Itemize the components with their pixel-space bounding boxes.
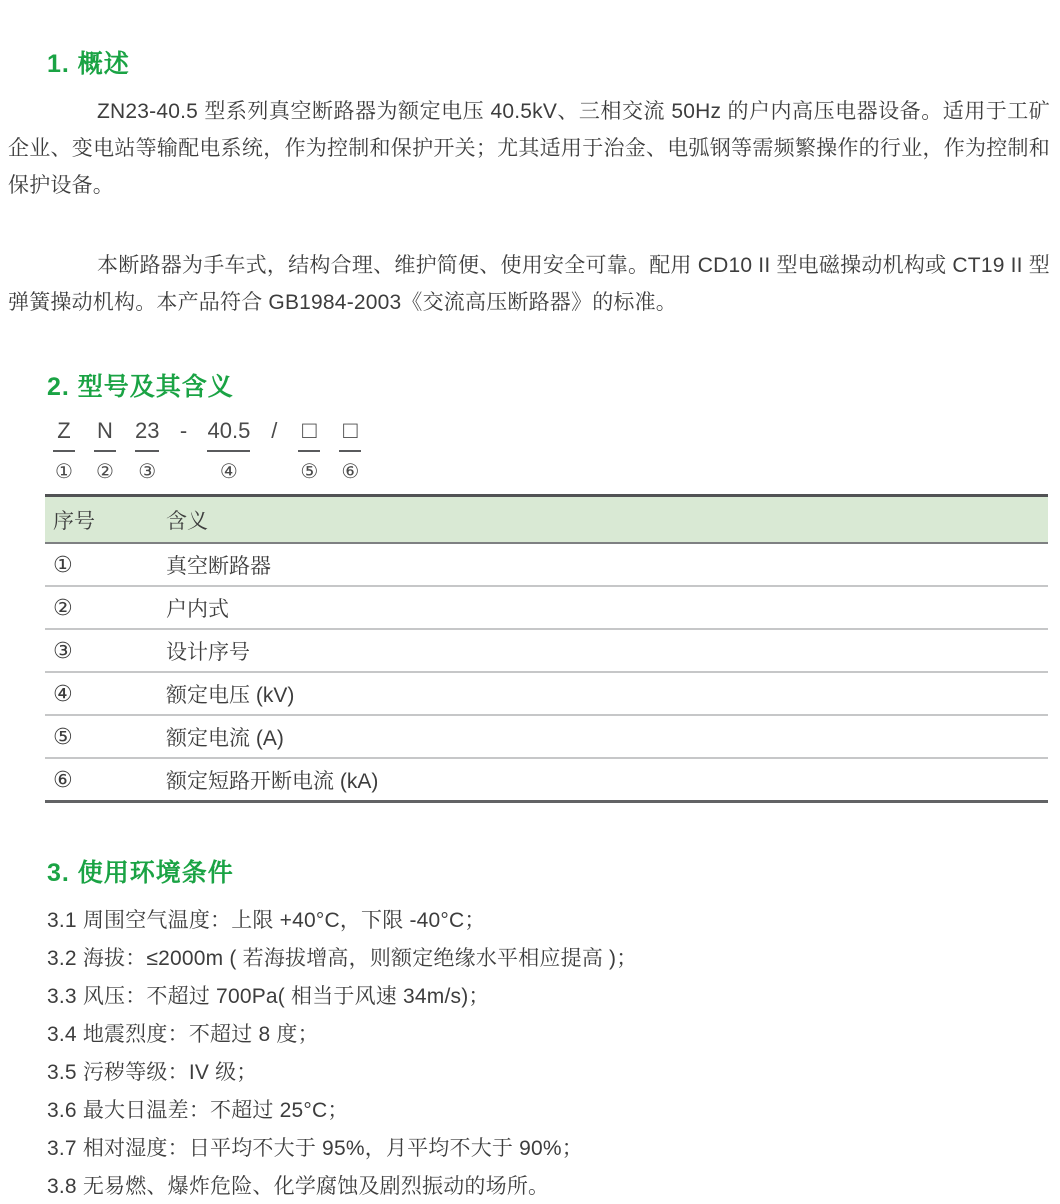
model-designation-part: - [178,417,188,461]
section1-paragraph-2: 本断路器为手车式，结构合理、维护简便、使用安全可靠。配用 CD10 II 型电磁… [8,247,1050,321]
environment-condition-item: 3.2 海拔：≤2000m ( 若海拔增高，则额定绝缘水平相应提高 )； [47,940,1060,978]
model-part-underline [298,450,320,452]
table-row: ② 户内式 [45,586,1048,629]
row-meaning-text: 设计序号 [166,629,1048,672]
model-part-circled-number: ② [96,461,114,483]
column-header-number: 序号 [45,496,166,544]
table-row: ④ 额定电压 (kV) [45,672,1048,715]
row-circled-number: ⑤ [45,715,166,758]
model-part-symbol: 23 [135,417,159,445]
table-body: ① 真空断路器 ② 户内式 ③ 设计序号 ④ 额定电压 (kV) [45,543,1048,802]
model-part-symbol: 40.5 [207,417,250,445]
section2-heading: 2. 型号及其含义 [47,371,1060,403]
environment-condition-item: 3.5 污秽等级：IV 级； [47,1054,1060,1092]
environment-condition-item: 3.3 风压：不超过 700Pa( 相当于风速 34m/s)； [47,978,1060,1016]
environment-condition-item: 3.8 无易燃、爆炸危险、化学腐蚀及剧烈振动的场所。 [47,1168,1060,1204]
row-meaning-text: 额定电压 (kV) [166,672,1048,715]
environment-conditions-list: 3.1 周围空气温度：上限 +40°C，下限 -40°C； 3.2 海拔：≤20… [47,902,1060,1204]
model-part-symbol: □ [343,417,358,445]
model-part-symbol: - [180,417,187,445]
environment-condition-item: 3.4 地震烈度：不超过 8 度； [47,1016,1060,1054]
model-part-circled-number: ⑥ [341,461,359,483]
model-part-circled-number: ⑤ [300,461,318,483]
model-part-circled-number: ③ [138,461,156,483]
section1-heading: 1. 概述 [47,48,1060,80]
row-circled-number: ④ [45,672,166,715]
model-designation-part: N ② [94,417,116,483]
model-designation-part: Z ① [53,417,75,483]
table-row: ⑤ 额定电流 (A) [45,715,1048,758]
model-designation-part: □ ⑤ [298,417,320,483]
model-part-circled-number: ① [55,461,73,483]
model-part-underline [339,450,361,452]
document-page: 1. 概述 ZN23-40.5 型系列真空断路器为额定电压 40.5kV、三相交… [0,0,1060,1204]
model-part-symbol: N [97,417,113,445]
row-circled-number: ① [45,543,166,586]
section1-paragraph-1: ZN23-40.5 型系列真空断路器为额定电压 40.5kV、三相交流 50Hz… [8,93,1050,204]
model-part-underline [135,450,159,452]
model-part-underline [53,450,75,452]
model-designation-part: / [269,417,279,461]
row-circled-number: ② [45,586,166,629]
environment-condition-item: 3.7 相对湿度：日平均不大于 95%，月平均不大于 90%； [47,1130,1060,1168]
model-part-symbol: □ [302,417,317,445]
model-part-symbol: / [271,417,277,445]
model-designation-diagram: Z ① N ② 23 ③ - 40.5 [53,417,1060,483]
model-designation-part: 40.5 ④ [207,417,250,483]
model-part-circled-number: ④ [220,461,238,483]
model-meaning-table: 序号 含义 ① 真空断路器 ② 户内式 ③ 设计序号 [45,494,1048,803]
environment-condition-item: 3.1 周围空气温度：上限 +40°C，下限 -40°C； [47,902,1060,940]
row-circled-number: ⑥ [45,758,166,802]
table-row: ① 真空断路器 [45,543,1048,586]
table-header: 序号 含义 [45,496,1048,544]
model-part-underline [94,450,116,452]
table-row: ⑥ 额定短路开断电流 (kA) [45,758,1048,802]
row-meaning-text: 额定电流 (A) [166,715,1048,758]
row-circled-number: ③ [45,629,166,672]
section3-heading: 3. 使用环境条件 [47,857,1060,889]
row-meaning-text: 户内式 [166,586,1048,629]
model-part-symbol: Z [57,417,70,445]
environment-condition-item: 3.6 最大日温差：不超过 25°C； [47,1092,1060,1130]
model-designation-part: 23 ③ [135,417,159,483]
model-designation-part: □ ⑥ [339,417,361,483]
row-meaning-text: 额定短路开断电流 (kA) [166,758,1048,802]
model-part-underline [207,450,250,452]
table-row: ③ 设计序号 [45,629,1048,672]
column-header-meaning: 含义 [166,496,1048,544]
row-meaning-text: 真空断路器 [166,543,1048,586]
